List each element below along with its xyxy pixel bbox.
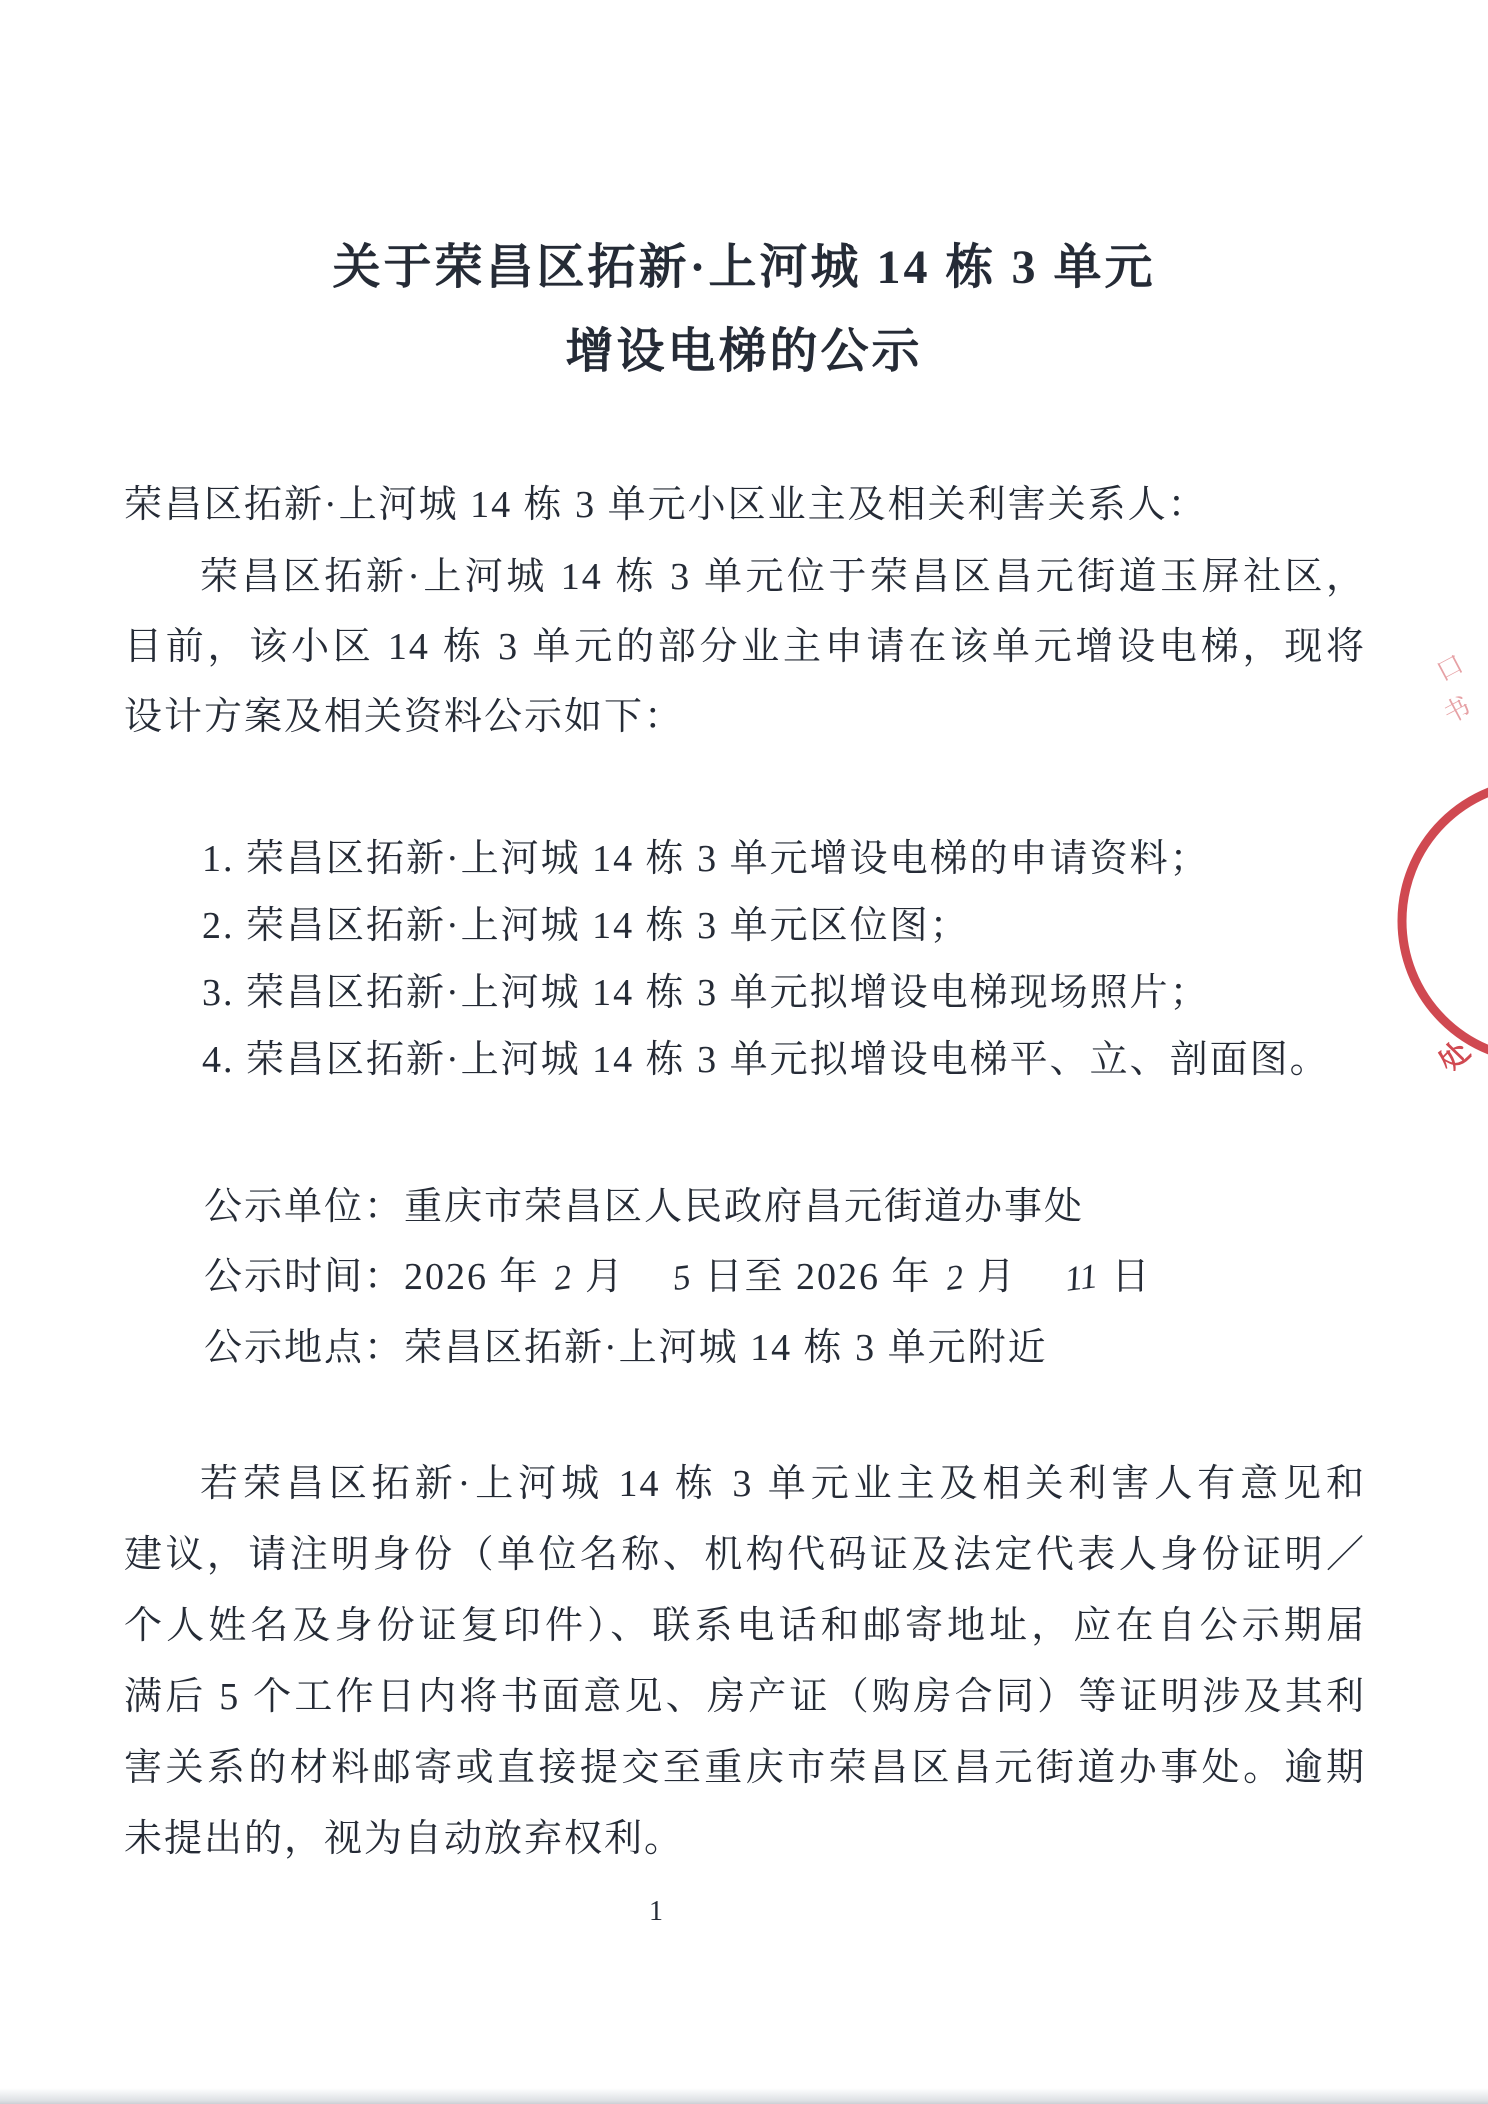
notice-document-page: 关于荣昌区拓新·上河城 14 栋 3 单元 增设电梯的公示 荣昌区拓新·上河城 … [0,0,1488,2104]
list-item: 4. 荣昌区拓新·上河城 14 栋 3 单元拟增设电梯平、立、剖面图。 [124,1027,1366,1094]
official-seal: 重庆市荣昌区人民政府昌元街道办事处 [1391,771,1488,1071]
seal-bleed-mark: 书 [1436,686,1476,731]
list-item: 3. 荣昌区拓新·上河城 14 栋 3 单元拟增设电梯现场照片； [124,960,1366,1027]
closing-line: 个人姓名及身份证复印件）、联系电话和邮寄地址，应在自公示期届 [124,1591,1366,1662]
handwritten-month: 2 [941,1242,967,1314]
handwritten-month: 2 [549,1242,575,1314]
handwritten-day: 5 [669,1242,695,1314]
notice-time-text: 月 [977,1256,1017,1298]
closing-line: 满后 5 个工作日内将书面意见、房产证（购房合同）等证明涉及其利 [124,1662,1366,1733]
scan-bottom-edge [0,2088,1488,2104]
notice-place: 公示地点：荣昌区拓新·上河城 14 栋 3 单元附近 [124,1313,1366,1383]
page-number: 1 [636,1896,676,1928]
notice-time-text: 日至 2026 年 [705,1256,932,1298]
notice-unit: 公示单位：重庆市荣昌区人民政府昌元街道办事处 [124,1172,1366,1242]
handwritten-day: 11 [1061,1241,1102,1314]
intro-line: 目前，该小区 14 栋 3 单元的部分业主申请在该单元增设电梯，现将 [124,612,1366,682]
intro-line: 设计方案及相关资料公示如下： [124,682,1366,752]
notice-time: 公示时间：2026 年2月5日至 2026 年2月11日 [124,1242,1366,1313]
title-line-1: 关于荣昌区拓新·上河城 14 栋 3 单元 [0,226,1488,310]
notice-time-text: 日 [1111,1256,1151,1298]
intro-paragraph: 荣昌区拓新·上河城 14 栋 3 单元位于荣昌区昌元街道玉屏社区， 目前，该小区… [124,542,1366,752]
list-item: 2. 荣昌区拓新·上河城 14 栋 3 单元区位图； [124,893,1366,960]
list-item: 1. 荣昌区拓新·上河城 14 栋 3 单元增设电梯的申请资料； [124,826,1366,893]
closing-paragraph: 若荣昌区拓新·上河城 14 栋 3 单元业主及相关利害人有意见和 建议，请注明身… [124,1449,1366,1875]
official-seal-graphic: 重庆市荣昌区人民政府昌元街道办事处 [1391,771,1488,1071]
seal-ring [1402,782,1488,1060]
seal-text: 重庆市荣昌区人民政府昌元街道办事处 [1406,1004,1488,1071]
seal-bleed-mark: 口 [1429,644,1469,689]
notice-time-text: 月 [585,1256,625,1298]
attachment-list: 1. 荣昌区拓新·上河城 14 栋 3 单元增设电梯的申请资料； 2. 荣昌区拓… [124,826,1366,1094]
notice-time-text: 公示时间：2026 年 [204,1256,540,1298]
notice-info: 公示单位：重庆市荣昌区人民政府昌元街道办事处 公示时间：2026 年2月5日至 … [124,1172,1366,1383]
closing-line: 未提出的，视为自动放弃权利。 [124,1804,1366,1875]
intro-line: 荣昌区拓新·上河城 14 栋 3 单元位于荣昌区昌元街道玉屏社区， [124,542,1366,612]
closing-line: 建议，请注明身份（单位名称、机构代码证及法定代表人身份证明／ [124,1520,1366,1591]
closing-line: 害关系的材料邮寄或直接提交至重庆市荣昌区昌元街道办事处。逾期 [124,1733,1366,1804]
document-title: 关于荣昌区拓新·上河城 14 栋 3 单元 增设电梯的公示 [0,226,1488,394]
salutation: 荣昌区拓新·上河城 14 栋 3 单元小区业主及相关利害关系人： [124,470,1366,540]
closing-line: 若荣昌区拓新·上河城 14 栋 3 单元业主及相关利害人有意见和 [124,1449,1366,1520]
title-line-2: 增设电梯的公示 [0,310,1488,394]
